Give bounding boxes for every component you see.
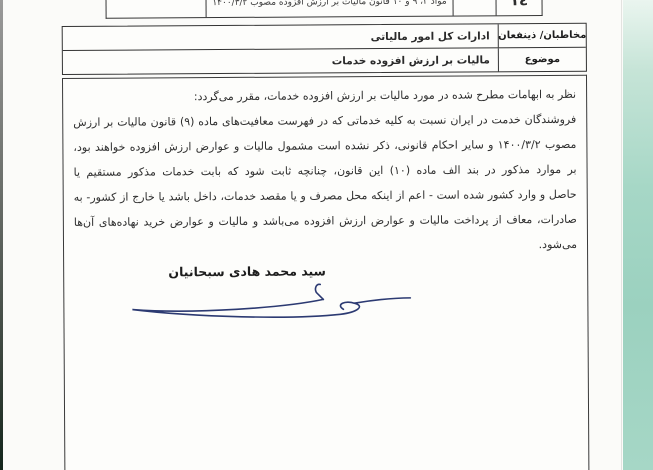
body-line-1: نظر به ابهامات مطرح شده در مورد مالیات ب…	[73, 82, 576, 110]
body-paragraph: نظر به ابهامات مطرح شده در مورد مالیات ب…	[63, 76, 587, 260]
document-content: مواد ۲، ۹ و ۱۰ قانون مالیات بر ارزش افزو…	[0, 0, 653, 470]
subject-value: مالیات بر ارزش افزوده خدمات	[63, 48, 498, 74]
handwritten-signature	[124, 281, 414, 325]
reference-number-cell: ١٤	[496, 0, 541, 13]
reference-small-cell	[453, 0, 496, 16]
body-line-4: بر موارد مذکور در بند الف ماده (۱۰) این …	[73, 157, 576, 185]
signature-loop-stroke	[132, 299, 359, 318]
reference-table: مواد ۲، ۹ و ۱۰ قانون مالیات بر ارزش افزو…	[105, 0, 542, 19]
reference-empty-cell	[106, 0, 206, 18]
scanned-document-page: مواد ۲، ۹ و ۱۰ قانون مالیات بر ارزش افزو…	[0, 0, 653, 470]
body-line-5: حاصل و وارد کشور شده است - اعم از اینکه …	[74, 182, 577, 210]
body-line-7: می‌شود.	[74, 232, 577, 260]
letter-body-box: نظر به ابهامات مطرح شده در مورد مالیات ب…	[62, 75, 589, 470]
subject-label: موضوع	[498, 48, 586, 72]
info-table: مخاطبان/ ذینفعان ادارات کل امور مالیاتی …	[62, 23, 587, 75]
recipients-value: ادارات کل امور مالیاتی	[63, 24, 498, 50]
table-row-recipients: مخاطبان/ ذینفعان ادارات کل امور مالیاتی	[63, 24, 586, 50]
recipients-label: مخاطبان/ ذینفعان	[498, 24, 586, 48]
body-line-3: مصوب ۱۴۰۰/۳/۲ و سایر احکام قانونی، ذکر ن…	[73, 132, 576, 160]
signature-checkmark-stroke	[315, 284, 323, 299]
body-line-6: صادرات، معاف از پرداخت مالیات و عوارض ار…	[74, 207, 577, 235]
table-row-subject: موضوع مالیات بر ارزش افزوده خدمات	[63, 47, 586, 74]
reference-subject-cell: مواد ۲، ۹ و ۱۰ قانون مالیات بر ارزش افزو…	[206, 0, 453, 17]
signature-tail-stroke	[354, 298, 410, 303]
body-line-2: فروشندگان خدمت در ایران نسبت به کلیه خدم…	[73, 107, 576, 135]
reference-subject-text: مواد ۲، ۹ و ۱۰ قانون مالیات بر ارزش افزو…	[212, 0, 446, 8]
reference-number: ١٤	[510, 0, 528, 9]
